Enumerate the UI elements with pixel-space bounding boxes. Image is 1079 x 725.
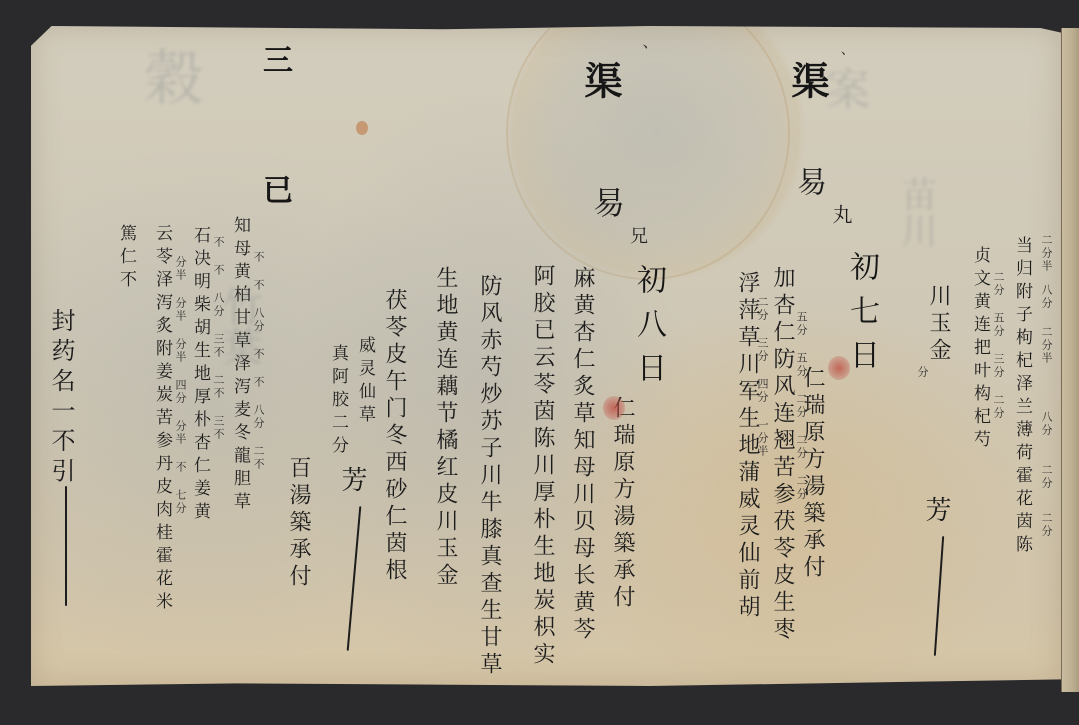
medicine-text: 茵陈 [1012, 512, 1032, 558]
medicine-text: 枸杞 [1012, 328, 1032, 374]
signature-stroke [65, 486, 67, 606]
entry1-heading-mark: 、 [831, 51, 845, 67]
entry3-col-c: 云苓泽泻炙附姜炭苦参丹皮肉桂霍花米 [153, 224, 170, 615]
entry2-signature: 芳 [339, 466, 365, 498]
water-stain-ring [506, 0, 790, 280]
signature-stroke [347, 506, 362, 651]
show-through-ink: 穀 [126, 46, 212, 106]
entry1-col-d-doses: 二分 三分 四分 一分半 [757, 296, 768, 458]
right-col-dose: 二分 [1041, 464, 1052, 490]
entry1-name-suffix: 丸 [831, 204, 851, 228]
show-through-ink: 苗川 [891, 176, 942, 248]
medicine-text: 霍花 [1012, 466, 1032, 512]
right-col-dose: 二分 [1041, 512, 1052, 538]
entry1-date: 初七日 [846, 251, 876, 383]
entry1-col-b-dose: 分 [917, 366, 928, 379]
entry2-col-a: 麻黄杏仁炙草知母川贝母长黄芩 [571, 266, 593, 644]
right-col-dose: 八分 [1041, 284, 1052, 310]
entry1-col-b: 川玉金 [927, 284, 949, 365]
entry2-col-b: 阿胶已云苓茵陈川厚朴生地炭枳实 [531, 264, 553, 669]
left-margin-note: 封药名一不引 [49, 308, 73, 488]
entry3-col-c-doses: 分半 分半 分半 四分 分半 不 七分 [175, 256, 186, 515]
entry3-heading: 三 [259, 44, 289, 74]
entry1-col-a-doses: 二分 五分 三分 二分 [993, 271, 1004, 420]
red-seal-mark [828, 356, 850, 380]
entry3-col-d: 篤仁不 [117, 224, 134, 293]
medicine-text: 泽兰 [1012, 374, 1032, 420]
right-col-dose: 八分 [1041, 411, 1052, 437]
entry3-col-b-doses: 不 不 八分 三不 二不 三不 [213, 236, 224, 441]
entry3-col-a-doses: 不 不 八分 不 不 八分 二不 [253, 251, 264, 471]
entry3-patient-name: 已 [259, 174, 289, 204]
entry2-patient-name: 易 [591, 186, 623, 222]
entry1-col-c-doses: 五分 五分 二分 二分 二分 [796, 311, 807, 501]
entry2-col-c: 防风赤芍炒苏子川牛膝真查生甘草 [478, 274, 500, 679]
entry2-heading-mark: 、 [631, 44, 647, 62]
entry2-col-g: 真阿胶二分 [329, 344, 346, 459]
ink-spot [356, 121, 368, 135]
entry2-heading: 渠 [581, 61, 619, 99]
entry2-col-f: 威灵仙草 [356, 336, 373, 428]
signature-stroke [934, 536, 944, 656]
red-seal-mark [603, 396, 625, 420]
entry2-prescription-title: 仁瑞原方湯築承付 [611, 396, 633, 612]
entry3-col-a: 知母黄柏甘草泽泻麦冬龍胆草 [231, 216, 248, 515]
entry1-signature: 芳 [923, 496, 949, 528]
medicine-text: 薄荷 [1012, 420, 1032, 466]
entry2-date: 初八日 [633, 264, 663, 396]
entry1-patient-name: 易 [793, 166, 823, 200]
entry1-col-a: 贞文黄连把叶构杞芍 [971, 246, 988, 453]
medicine-text: 当归 [1012, 236, 1032, 282]
right-col-dose: 二分半 [1041, 326, 1052, 365]
entry2-name-suffix: 兄 [628, 226, 646, 248]
entry1-col-d: 浮萍草川军生地蒲威灵仙前胡 [736, 271, 758, 622]
entry2-col-d: 生地黄连藕节橘红皮川玉金 [434, 266, 456, 590]
entry2-footer: 百湯築承付 [287, 456, 309, 591]
medicine-text: 附子 [1012, 282, 1032, 328]
scanned-manuscript: 穀 案 苗川 竹葉 当归附子枸杞泽兰薄荷霍花茵陈 二分半 八分 二分半 八分 二… [0, 0, 1079, 725]
manuscript-page: 穀 案 苗川 竹葉 当归附子枸杞泽兰薄荷霍花茵陈 二分半 八分 二分半 八分 二… [31, 26, 1061, 686]
facing-page-edge [1061, 28, 1079, 692]
entry2-col-e: 茯苓皮午门冬西砂仁茵根 [383, 288, 405, 585]
entry3-col-b: 石决明柴胡生地厚朴杏仁姜黄 [191, 226, 208, 525]
right-col-dose: 二分半 [1041, 234, 1052, 273]
entry1-heading: 渠 [788, 61, 826, 99]
right-col-medicines: 当归附子枸杞泽兰薄荷霍花茵陈 [1013, 236, 1030, 558]
entry1-col-c: 加杏仁防风连翘苦参茯苓皮生枣 [771, 266, 793, 644]
